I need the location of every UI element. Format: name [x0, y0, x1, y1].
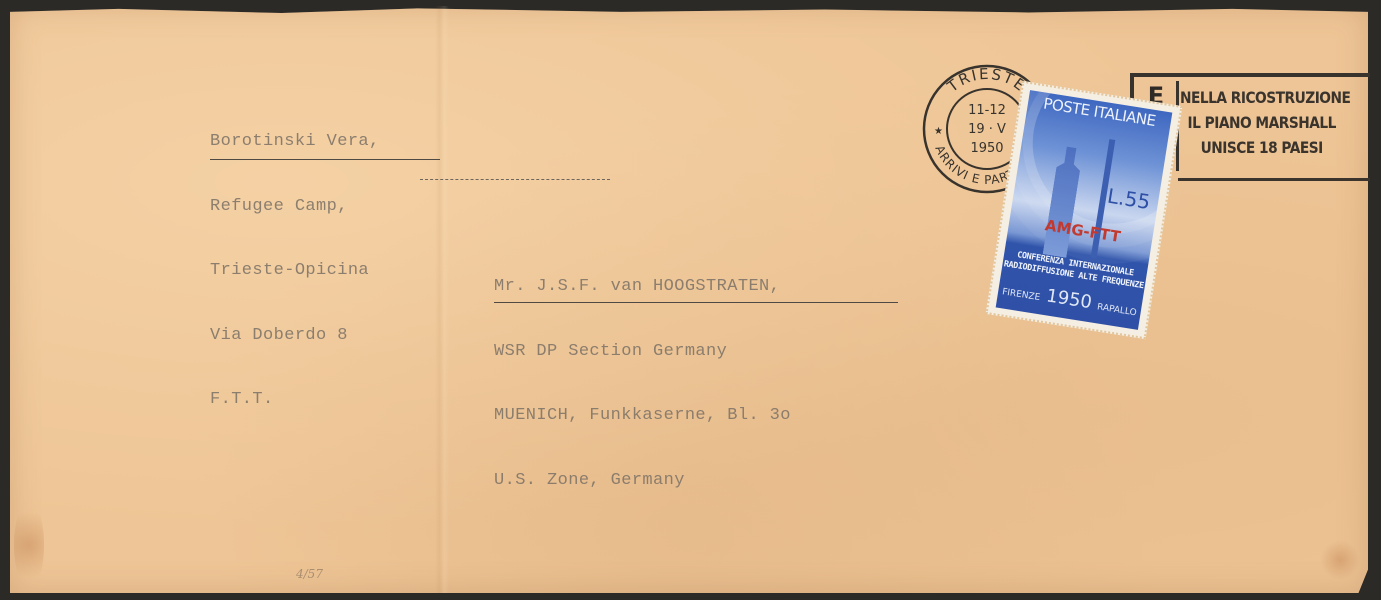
- postmark-year: 1950: [970, 141, 1003, 156]
- recipient-line: MUENICH, Funkkaserne, Bl. 3o: [494, 405, 791, 427]
- pencil-note: 4/57: [296, 567, 323, 581]
- sender-address: Borotinski Vera, Refugee Camp, Trieste-O…: [210, 88, 380, 432]
- stamp-year: 1950: [1045, 285, 1094, 313]
- postmark-time: 11-12: [968, 103, 1006, 118]
- sender-line: F.T.T.: [210, 389, 380, 411]
- sender-line: Borotinski Vera,: [210, 131, 380, 153]
- recipient-line: WSR DP Section Germany: [494, 341, 791, 363]
- postmark-city: TRIESTE: [943, 65, 1030, 96]
- svg-text:★: ★: [934, 126, 943, 137]
- recipient-underline: [494, 302, 898, 303]
- svg-text:TRIESTE: TRIESTE: [943, 65, 1030, 96]
- stamp-city-right: RAPALLO: [1096, 302, 1137, 318]
- sender-line: Trieste-Opicina: [210, 260, 380, 282]
- slogan-line: IL PIANO MARSHALL: [1180, 110, 1343, 135]
- sender-underline: [210, 159, 440, 160]
- slogan-line: NELLA RICOSTRUZIONE: [1180, 85, 1343, 110]
- postmark-date: 19 · V: [968, 122, 1006, 137]
- stain: [1320, 540, 1360, 580]
- recipient-line: Mr. J.S.F. van HOOGSTRATEN,: [494, 276, 791, 298]
- recipient-line: U.S. Zone, Germany: [494, 470, 791, 492]
- recipient-address: Mr. J.S.F. van HOOGSTRATEN, WSR DP Secti…: [494, 233, 791, 513]
- stain: [14, 500, 44, 590]
- sender-line: Via Doberdo 8: [210, 325, 380, 347]
- slogan-text: NELLA RICOSTRUZIONE IL PIANO MARSHALL UN…: [1180, 85, 1343, 160]
- sender-line: Refugee Camp,: [210, 196, 380, 218]
- stamp-city-left: FIRENZE: [1001, 287, 1040, 303]
- slogan-line: UNISCE 18 PAESI: [1180, 135, 1343, 160]
- envelope-fold: [435, 6, 449, 593]
- sender-dash-line: [420, 179, 610, 180]
- slogan-bottom-rule: [1178, 178, 1370, 181]
